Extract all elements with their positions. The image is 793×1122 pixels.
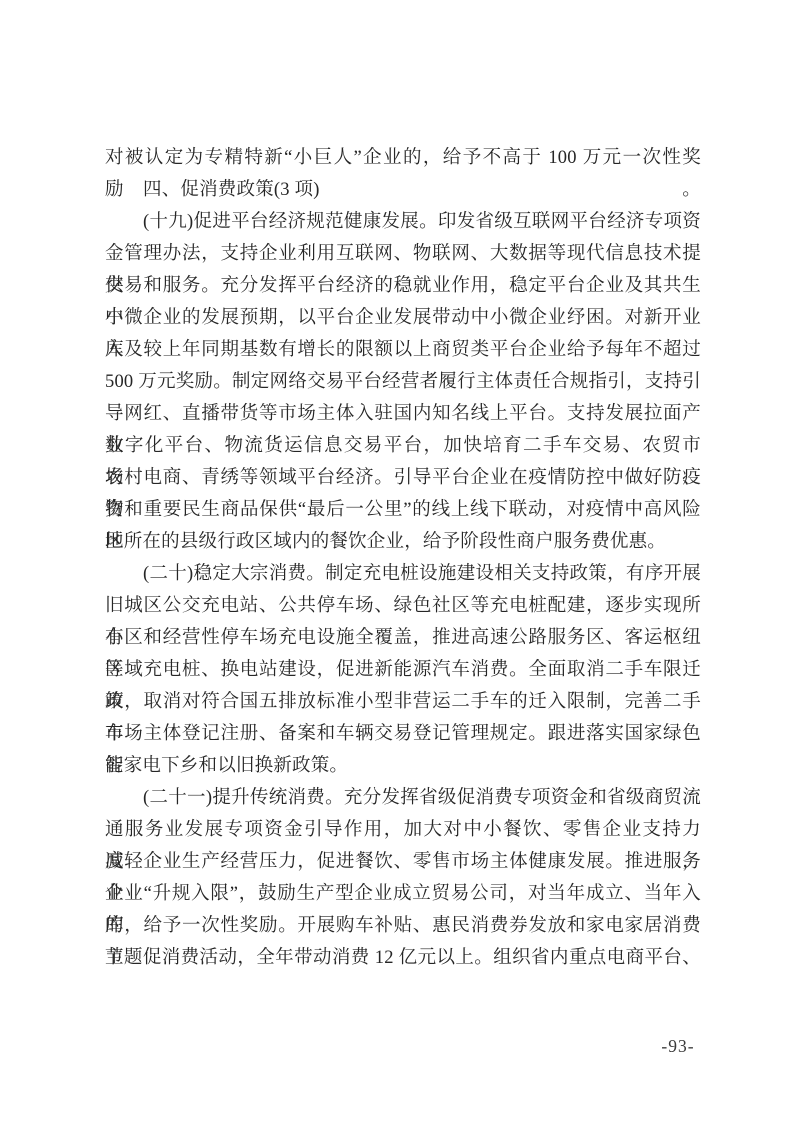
text-line: 导网红、直播带货等市场主体入驻国内知名线上平台。支持发展拉面产业 [105, 398, 701, 430]
text-line: 500 万元奖励。制定网络交易平台经营者履行主体责任合规指引，支持引 [105, 366, 701, 398]
text-line: (二十一)提升传统消费。充分发挥省级促消费专项资金和省级商贸流 [105, 782, 701, 814]
text-line: 区所在的县级行政区域内的餐饮企业，给予阶段性商户服务费优惠。 [105, 526, 701, 558]
text-line: 数字化平台、物流货运信息交易平台，加快培育二手车交易、农贸市场、 [105, 430, 701, 462]
text-line: 能家电下乡和以旧换新政策。 [105, 750, 701, 782]
text-line: 农村电商、青绣等领域平台经济。引导平台企业在疫情防控中做好防疫物 [105, 462, 701, 494]
text-line: 交易和服务。充分发挥平台经济的稳就业作用，稳定平台企业及其共生中 [105, 270, 701, 302]
text-line: 市场主体登记注册、备案和车辆交易登记管理规定。跟进落实国家绿色智 [105, 718, 701, 750]
text-line: 减轻企业生产经营压力，促进餐饮、零售市场主体健康发展。推进服务业 [105, 846, 701, 878]
document-page: 对被认定为专精特新“小巨人”企业的，给予不高于 100 万元一次性奖励。四、促消… [0, 0, 793, 1122]
text-line: 资和重要民生商品保供“最后一公里”的线上线下联动，对疫情中高风险地 [105, 494, 701, 526]
text-line: 小微企业的发展预期，以平台企业发展带动中小微企业纾困。对新开业入 [105, 302, 701, 334]
text-line: 主题促消费活动，全年带动消费 12 亿元以上。组织省内重点电商平台、 [105, 942, 701, 974]
text-line: 旧城区公交充电站、公共停车场、绿色社区等充电桩配建，逐步实现所有 [105, 590, 701, 622]
text-line: 小区和经营性停车场充电设施全覆盖，推进高速公路服务区、客运枢纽等 [105, 622, 701, 654]
text-line: 金管理办法，支持企业利用互联网、物联网、大数据等现代信息技术提供 [105, 238, 701, 270]
text-line: 的，给予一次性奖励。开展购车补贴、惠民消费券发放和家电家居消费节 [105, 910, 701, 942]
text-line: 库及较上年同期基数有增长的限额以上商贸类平台企业给予每年不超过 [105, 334, 701, 366]
page-number: -93- [650, 1036, 706, 1057]
document-body: 对被认定为专精特新“小巨人”企业的，给予不高于 100 万元一次性奖励。四、促消… [105, 142, 701, 974]
text-line: 通服务业发展专项资金引导作用，加大对中小餐饮、零售企业支持力度， [105, 814, 701, 846]
text-line: (十九)促进平台经济规范健康发展。印发省级互联网平台经济专项资 [105, 206, 701, 238]
text-line: 对被认定为专精特新“小巨人”企业的，给予不高于 100 万元一次性奖励。 [105, 142, 701, 174]
text-line: 策，取消对符合国五排放标准小型非营运二手车的迁入限制，完善二手车 [105, 686, 701, 718]
text-line: 企业“升规入限”，鼓励生产型企业成立贸易公司，对当年成立、当年入库 [105, 878, 701, 910]
text-line: 区域充电桩、换电站建设，促进新能源汽车消费。全面取消二手车限迁政 [105, 654, 701, 686]
text-line: (二十)稳定大宗消费。制定充电桩设施建设相关支持政策，有序开展 [105, 558, 701, 590]
